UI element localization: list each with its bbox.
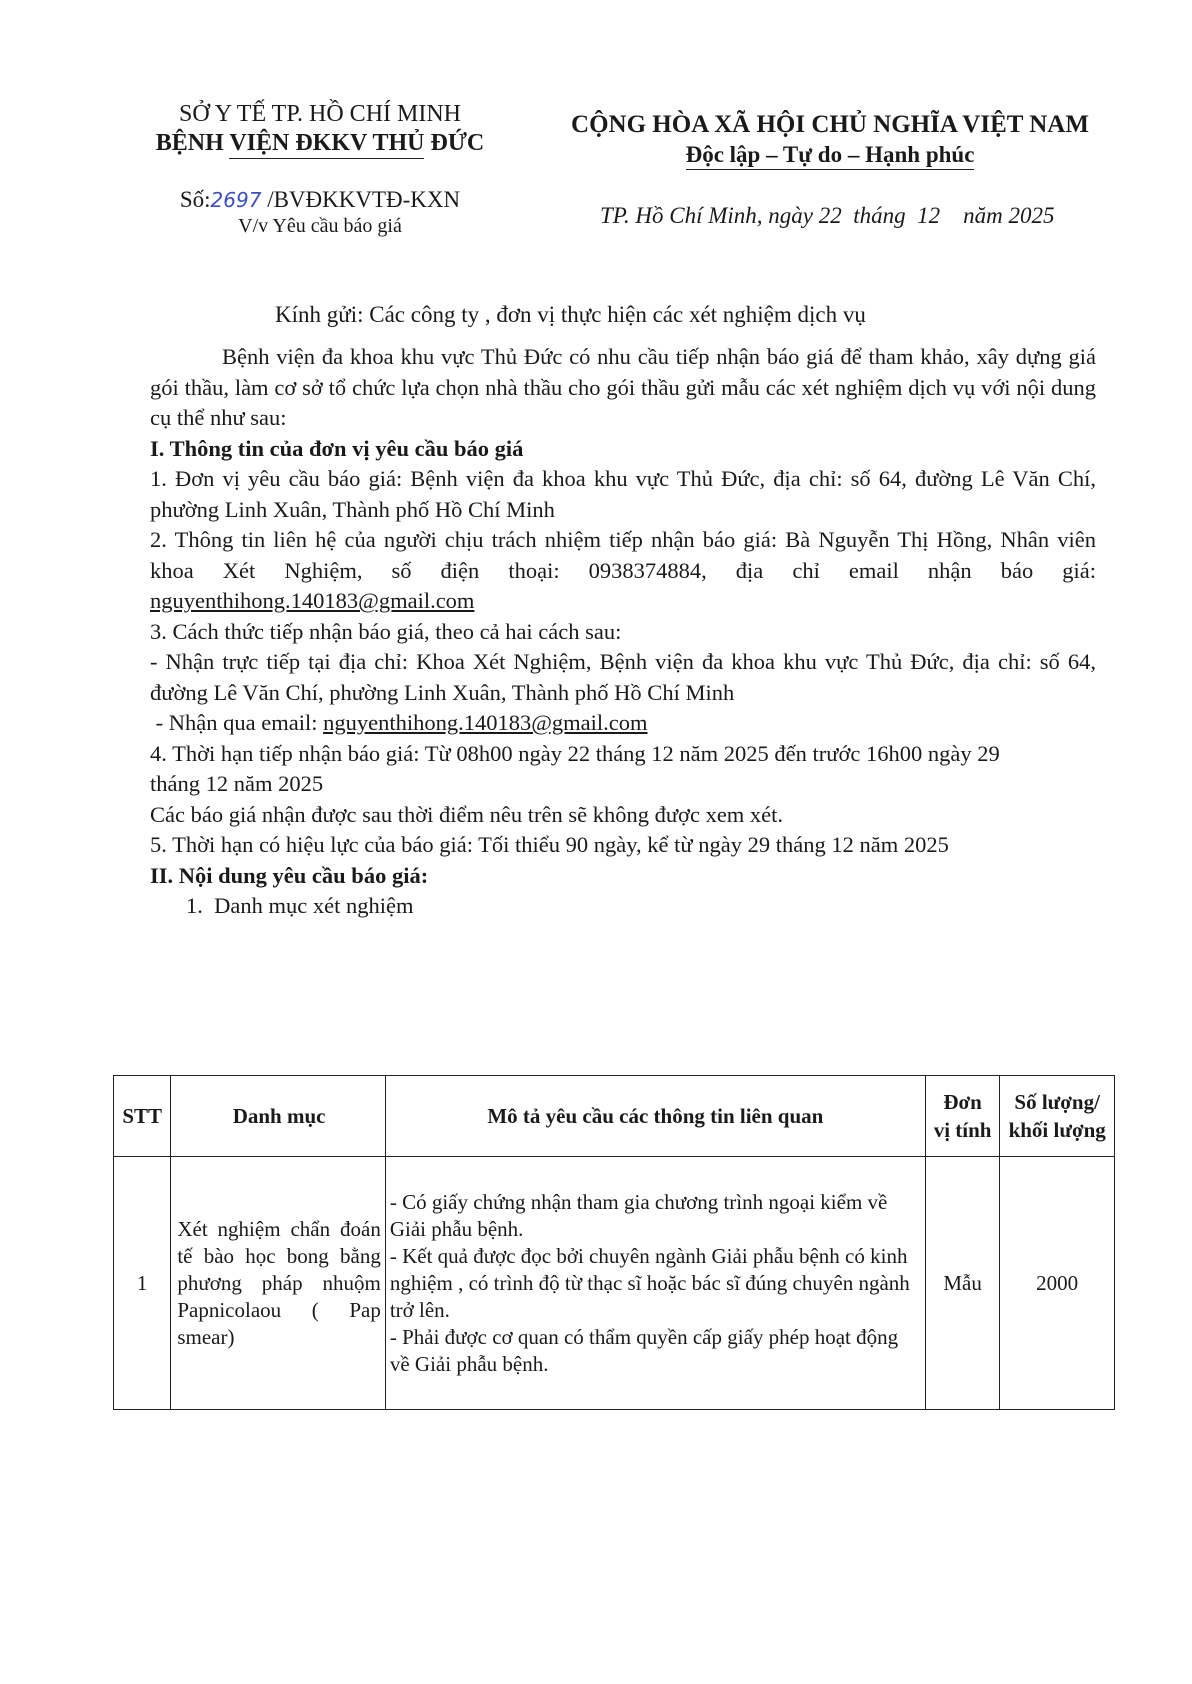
section-2-subtitle: 1. Danh mục xét nghiệm [150,891,1096,922]
requirement-line: - Phải được cơ quan có thẩm quyền cấp gi… [390,1324,921,1378]
hospital-name: BỆNH VIỆN ĐKKV THỦ ĐỨC [130,128,510,158]
header-so-luong-line2: khối lượng [1009,1118,1106,1142]
national-header: CỘNG HÒA XÃ HỘI CHỦ NGHĨA VIỆT NAM Độc l… [540,110,1120,170]
intro-paragraph: Bệnh viện đa khoa khu vực Thủ Đức có nhu… [150,342,1096,434]
greeting: Kính gửi: Các công ty , đơn vị thực hiện… [275,302,866,328]
department-name: SỞ Y TẾ TP. HỒ CHÍ MINH [130,100,510,128]
document-number: Số:2697 /BVĐKKVTĐ-KXN [130,186,510,214]
section-1-item-3-direct: - Nhận trực tiếp tại địa chỉ: Khoa Xét N… [150,647,1096,708]
cell-don-vi: Mẫu [925,1157,1000,1410]
nation-title: CỘNG HÒA XÃ HỘI CHỦ NGHĨA VIỆT NAM [540,110,1120,140]
section-1-item-2: 2. Thông tin liên hệ của người chịu trác… [150,525,1096,617]
header-danh-muc: Danh mục [171,1076,386,1157]
national-motto: Độc lập – Tự do – Hạnh phúc [540,140,1120,170]
contact-email-link[interactable]: nguyenthihong.140183@gmail.com [150,588,474,613]
doc-number-handwritten: 2697 [211,188,262,212]
issuer-block: SỞ Y TẾ TP. HỒ CHÍ MINH BỆNH VIỆN ĐKKV T… [130,100,510,238]
requirement-line: - Kết quả được đọc bởi chuyên ngành Giải… [390,1243,921,1324]
hospital-name-underlined: VIỆN ĐKKV THỦ [229,130,424,159]
cell-stt: 1 [114,1157,171,1410]
cell-mo-ta: - Có giấy chứng nhận tham gia chương trì… [385,1157,925,1410]
document-date: TP. Hồ Chí Minh, ngày 22 tháng 12 năm 20… [600,203,1054,229]
header-don-vi-line2: vị tính [934,1118,992,1142]
section-1-item-3-email: - Nhận qua email: nguyenthihong.140183@g… [150,708,1096,739]
doc-number-label: Số: [180,187,211,212]
section-1-item-3: 3. Cách thức tiếp nhận báo giá, theo cả … [150,617,1096,648]
section-1-item-1: 1. Đơn vị yêu cầu báo giá: Bệnh viện đa … [150,464,1096,525]
header-so-luong: Số lượng/khối lượng [1000,1076,1115,1157]
danh-muc-text: Xét nghiệm chẩn đoán tế bào học bong bằn… [177,1216,381,1351]
cell-danh-muc: Xét nghiệm chẩn đoán tế bào học bong bằn… [171,1157,386,1410]
submission-email-link[interactable]: nguyenthihong.140183@gmail.com [323,710,647,735]
test-items-table: STT Danh mục Mô tả yêu cầu các thông tin… [113,1075,1115,1410]
cell-so-luong: 2000 [1000,1157,1115,1410]
header-don-vi: Đơnvị tính [925,1076,1000,1157]
header-stt: STT [114,1076,171,1157]
section-1-item-4-note: Các báo giá nhận được sau thời điểm nêu … [150,800,1096,831]
item-2-text: 2. Thông tin liên hệ của người chịu trác… [150,527,1096,583]
item-3-email-label: - Nhận qua email: [150,710,323,735]
document-subject: V/v Yêu cầu báo giá [130,214,510,238]
national-motto-text: Độc lập – Tự do – Hạnh phúc [686,142,975,170]
section-1-title: I. Thông tin của đơn vị yêu cầu báo giá [150,434,1096,465]
doc-number-suffix: /BVĐKKVTĐ-KXN [261,187,460,212]
table-header-row: STT Danh mục Mô tả yêu cầu các thông tin… [114,1076,1115,1157]
table-row: 1 Xét nghiệm chẩn đoán tế bào học bong b… [114,1157,1115,1410]
hospital-name-prefix: BỆNH [156,130,230,156]
section-1-item-4: 4. Thời hạn tiếp nhận báo giá: Từ 08h00 … [150,739,1096,800]
header-so-luong-line1: Số lượng/ [1014,1090,1100,1114]
hospital-name-suffix: ĐỨC [424,130,484,156]
header-mo-ta: Mô tả yêu cầu các thông tin liên quan [385,1076,925,1157]
section-1-item-5: 5. Thời hạn có hiệu lực của báo giá: Tối… [150,830,1096,861]
intro-block: Bệnh viện đa khoa khu vực Thủ Đức có nhu… [150,342,1096,922]
header-don-vi-line1: Đơn [943,1090,981,1114]
requirement-line: - Có giấy chứng nhận tham gia chương trì… [390,1189,921,1243]
section-2-title: II. Nội dung yêu cầu báo giá: [150,861,1096,892]
